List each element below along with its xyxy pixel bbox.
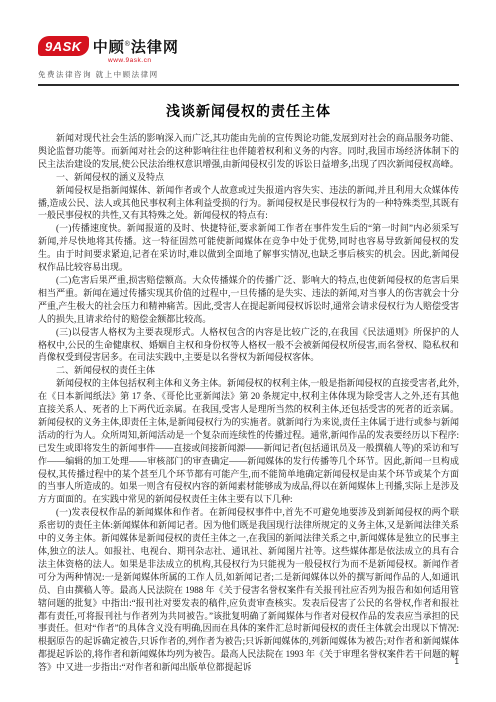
section-heading-1: 一、新闻侵权的涵义及特点 <box>38 171 459 184</box>
page-title: 浅谈新闻侵权的责任主体 <box>38 101 459 121</box>
brand-name-suffix: 法律网 <box>131 39 179 56</box>
brand-tagline: 免费法律咨询 就上中顾法律网 <box>38 69 459 80</box>
brand-name: 中顾®法律网 <box>93 36 179 57</box>
section-heading-2: 二、新闻侵权的责任主体 <box>38 364 459 377</box>
paragraph: 新闻侵权是指新闻媒体、新闻作者或个人故意或过失报道内容失实、违法的新闻,并且利用… <box>38 184 459 223</box>
site-logo: 9ASK 中顾®法律网 <box>38 36 459 57</box>
paragraph-intro: 新闻对现代社会生活的影响深入而广泛,其功能由先前的宣传舆论功能,发展到对社会的商… <box>38 132 459 171</box>
brand-logo-icon: 9ASK <box>38 36 89 56</box>
paragraph: 新闻侵权的主体包括权利主体和义务主体。新闻侵权的权利主体,一般是指新闻侵权的直接… <box>38 377 459 506</box>
brand-url: www.9ask.cn <box>108 57 459 65</box>
brand-name-cn: 中顾 <box>93 39 125 56</box>
letterhead: 9ASK 中顾®法律网 www.9ask.cn 免费法律咨询 就上中顾法律网 <box>38 36 459 86</box>
paragraph: (一)发表侵权作品的新闻媒体和作者。在新闻侵权事件中,首先不可避免地要涉及到新闻… <box>38 506 459 674</box>
document-page: 9ASK 中顾®法律网 www.9ask.cn 免费法律咨询 就上中顾法律网 浅… <box>0 0 496 702</box>
page-number: 1 <box>455 657 459 666</box>
document-body: 新闻对现代社会生活的影响深入而广泛,其功能由先前的宣传舆论功能,发展到对社会的商… <box>38 132 459 674</box>
paragraph: (一)传播速度快。新闻报道的及时、快捷特征,要求新闻工作者在事件发生后的“第一时… <box>38 222 459 274</box>
paragraph: (二)危害后果严重,损害赔偿额高。大众传播媒介的传播广泛、影响大的特点,也使新闻… <box>38 274 459 326</box>
paragraph: (三)以侵害人格权为主要表现形式。人格权包含的内容是比较广泛的,在我国《民法通则… <box>38 326 459 365</box>
header-divider <box>38 84 459 86</box>
